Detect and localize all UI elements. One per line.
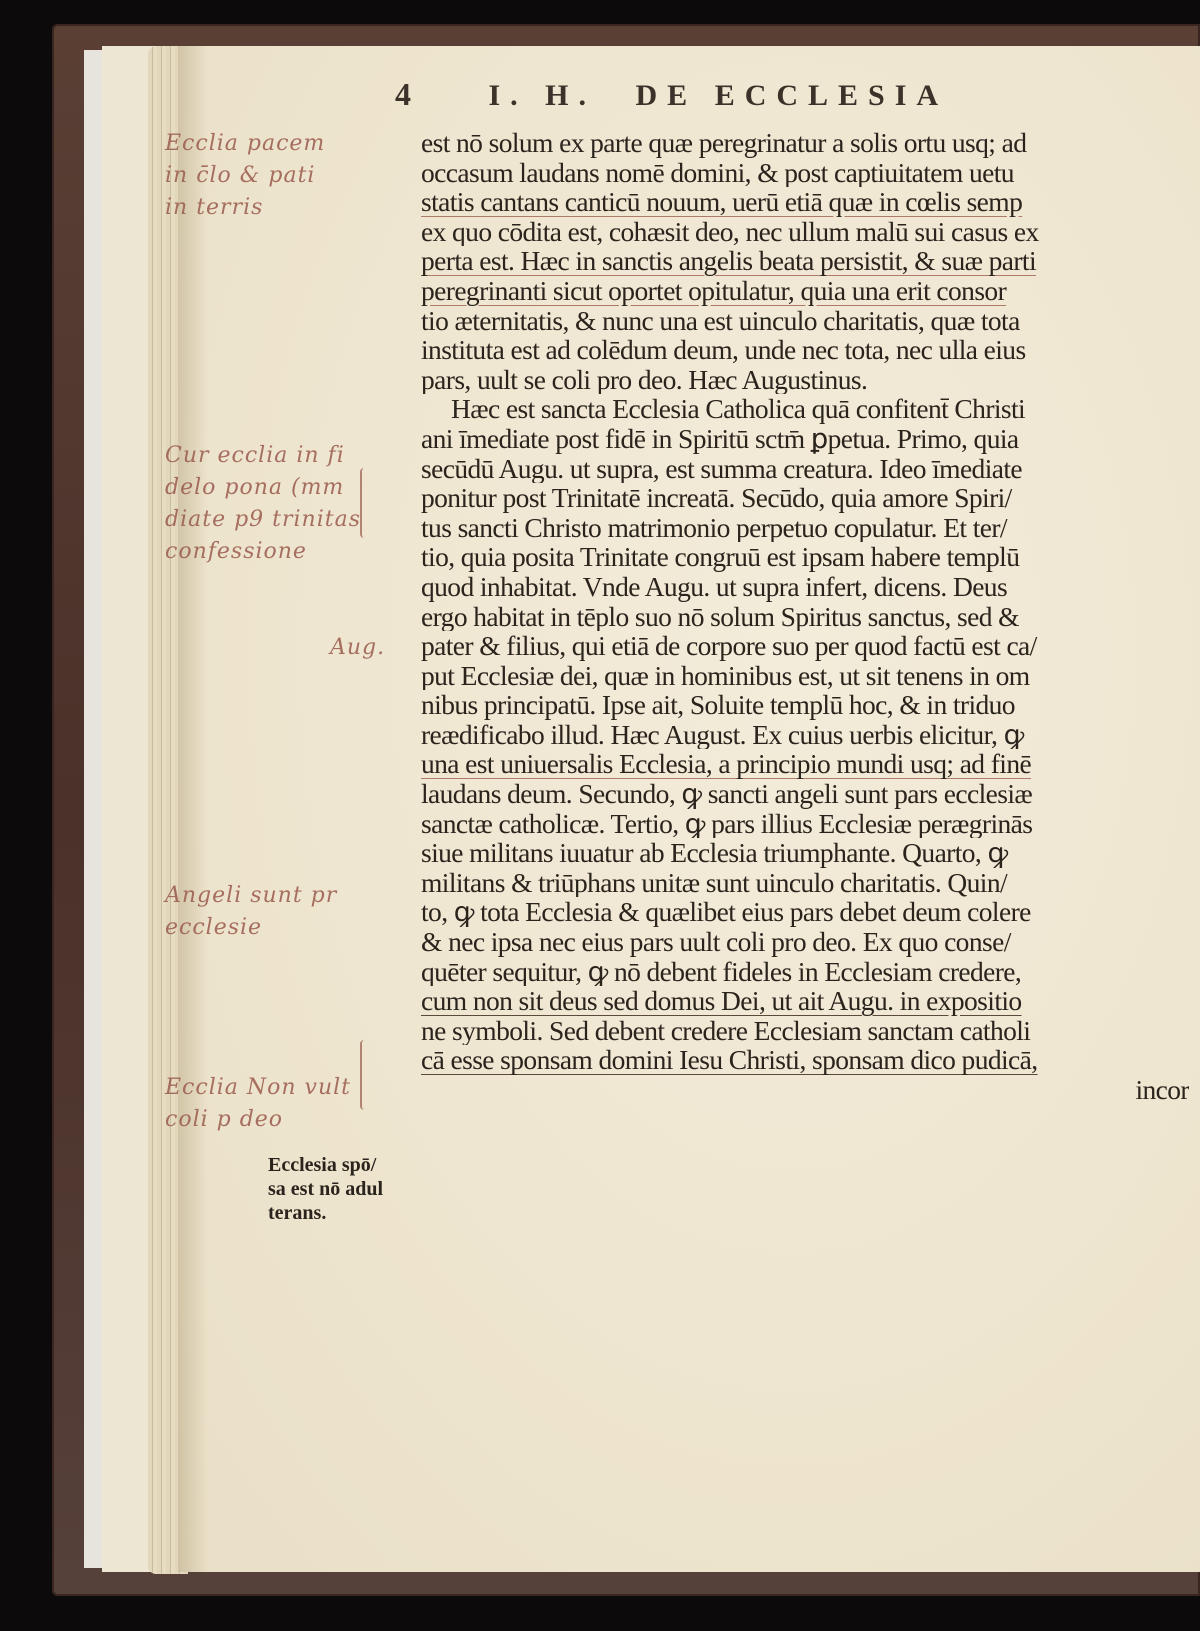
annotation-line: in c̄lo & pati <box>165 160 325 192</box>
text-line: & nec ipsa nec eius pars uult coli pro d… <box>421 927 1189 957</box>
text-line: tus sancti Christo matrimonio perpetuo c… <box>421 513 1189 543</box>
text-line: reædificabo illud. Hæc August. Ex cuius … <box>421 720 1189 750</box>
annotation-line: Aug. <box>330 632 385 664</box>
text-line: instituta est ad colēdum deum, unde nec … <box>421 335 1189 365</box>
page-number: 4 <box>395 76 411 112</box>
text-line: ne symboli. Sed debent credere Ecclesiam… <box>421 1016 1189 1046</box>
marginal-note-line: terans. <box>268 1201 408 1225</box>
text-line: tio æternitatis, & nunc una est uinculo … <box>421 306 1189 336</box>
annotation-line: delo pona (mm <box>165 472 361 504</box>
text-line: cum non sit deus sed domus Dei, ut ait A… <box>421 986 1189 1016</box>
text-line: sanctæ catholicæ. Tertio, ꝙ pars illius … <box>421 809 1189 839</box>
text-line: una est uniuersalis Ecclesia, a principi… <box>421 749 1189 779</box>
annotation-line: Cur ecclia in fi <box>165 440 361 472</box>
text-line: put Ecclesiæ dei, quæ in hominibus est, … <box>421 661 1189 691</box>
text-line: ex quo cōdita est, cohæsit deo, nec ullu… <box>421 217 1189 247</box>
running-head: 4 I. H. DE ECCLESIA <box>395 76 1195 113</box>
running-head-author: I. H. <box>489 79 597 112</box>
text-line: laudans deum. Secundo, ꝙ sancti angeli s… <box>421 779 1189 809</box>
marginal-note-line: sa est nō adul <box>268 1177 408 1201</box>
text-line: cā esse sponsam domini Iesu Christi, spo… <box>421 1045 1189 1075</box>
annotation-line: confessione <box>165 536 361 568</box>
text-line: militans & triūphans unitæ sunt uinculo … <box>421 868 1189 898</box>
text-line: perta est. Hæc in sanctis angelis beata … <box>421 246 1189 276</box>
text-line: to, ꝙ tota Ecclesia & quælibet eius pars… <box>421 897 1189 927</box>
annotation-line: ecclesie <box>165 912 337 944</box>
handwritten-annotation: Aug. <box>330 632 385 664</box>
text-line: incor <box>421 1075 1189 1105</box>
annotation-line: coli p deo <box>165 1104 351 1136</box>
running-head-title: DE ECCLESIA <box>636 79 949 112</box>
annotation-line: diate p9 trinitas <box>165 504 361 536</box>
text-line: siue militans iuuatur ab Ecclesia triump… <box>421 838 1189 868</box>
text-line: pater & filius, qui etiā de corpore suo … <box>421 631 1189 661</box>
text-line: Hæc est sancta Ecclesia Catholica quā co… <box>421 394 1189 424</box>
text-line: peregrinanti sicut oportet opitulatur, q… <box>421 276 1189 306</box>
handwritten-annotation: Ecclia pacemin c̄lo & patiin terris <box>165 128 325 224</box>
text-line: statis cantans canticū nouum, uerū etiā … <box>421 187 1189 217</box>
handwritten-annotation: Angeli sunt precclesie <box>165 880 337 944</box>
text-line: nibus principatū. Ipse ait, Soluite temp… <box>421 690 1189 720</box>
annotation-line: in terris <box>165 192 325 224</box>
text-line: quod inhabitat. Vnde Augu. ut supra infe… <box>421 572 1189 602</box>
annotation-bracket <box>360 468 368 538</box>
handwritten-annotation: Cur ecclia in fidelo pona (mmdiate p9 tr… <box>165 440 361 568</box>
annotation-line: Angeli sunt pr <box>165 880 337 912</box>
text-line: pars, uult se coli pro deo. Hæc Augustin… <box>421 365 1189 395</box>
handwritten-annotation: Ecclia Non vultcoli p deo <box>165 1072 351 1136</box>
marginal-note-line: Ecclesia spō/ <box>268 1153 408 1177</box>
text-line: est nō solum ex parte quæ peregrinatur a… <box>421 128 1189 158</box>
annotation-line: Ecclia Non vult <box>165 1072 351 1104</box>
text-line: quēter sequitur, ꝙ nō debent fideles in … <box>421 957 1189 987</box>
text-line: ergo habitat in tēplo suo nō solum Spiri… <box>421 602 1189 632</box>
gutter-shadow <box>178 46 208 1572</box>
annotation-bracket <box>360 1040 368 1110</box>
annotation-line: Ecclia pacem <box>165 128 325 160</box>
text-line: tio, quia posita Trinitate congruū est i… <box>421 542 1189 572</box>
text-line: ani īmediate post fidē in Spiritū sctm̄ … <box>421 424 1189 454</box>
body-text: est nō solum ex parte quæ peregrinatur a… <box>421 128 1189 1105</box>
text-line: secūdū Augu. ut supra, est summa creatur… <box>421 454 1189 484</box>
text-line: ponitur post Trinitatē increatā. Secūdo,… <box>421 483 1189 513</box>
printed-marginal-note: Ecclesia spō/sa est nō adulterans. <box>268 1153 408 1225</box>
text-line: occasum laudans nomē domini, & post capt… <box>421 158 1189 188</box>
